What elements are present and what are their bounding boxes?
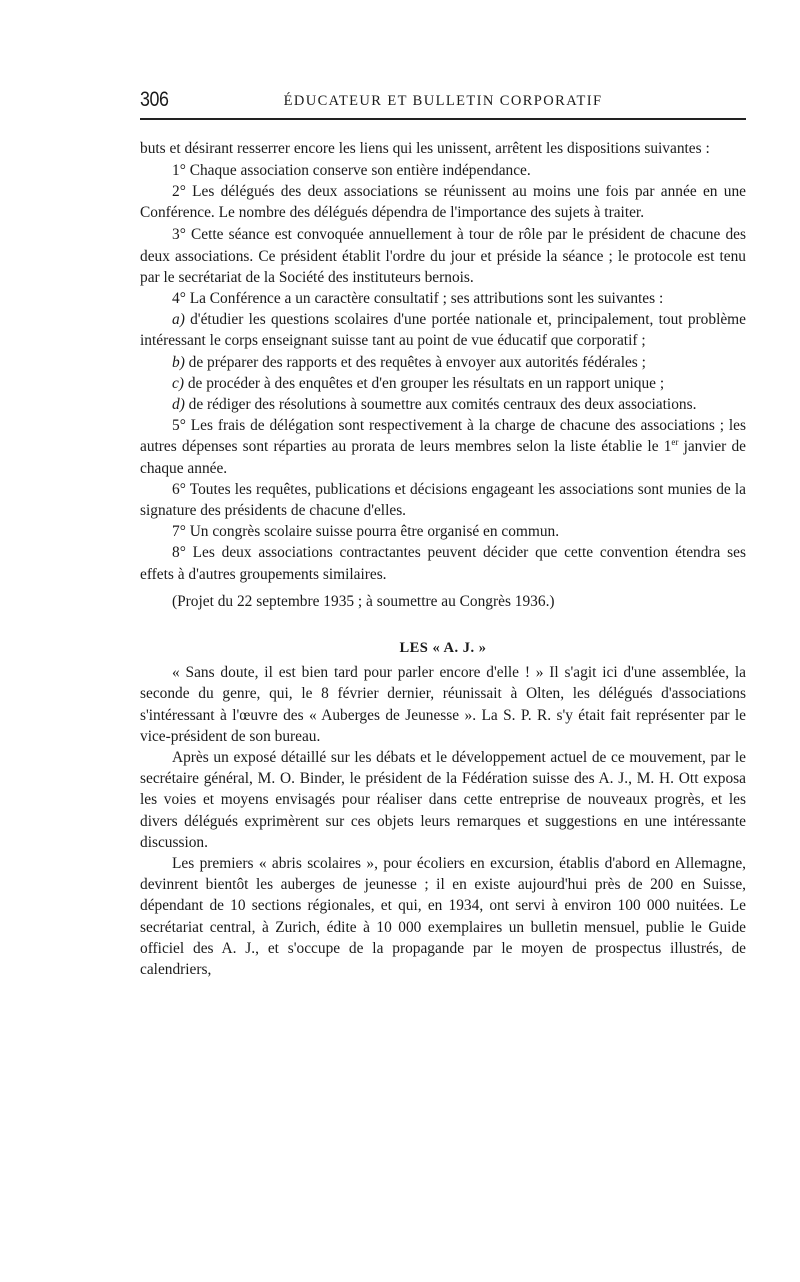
section-paragraph-2: Après un exposé détaillé sur les débats … <box>140 747 746 853</box>
section-paragraph-1: « Sans doute, il est bien tard pour parl… <box>140 662 746 747</box>
article-2: 2° Les délégués des deux associations se… <box>140 181 746 223</box>
item-text-d: de rédiger des résolutions à soumettre a… <box>185 396 697 413</box>
document-page: 306 ÉDUCATEUR ET BULLETIN CORPORATIF but… <box>140 88 746 980</box>
page-header: 306 ÉDUCATEUR ET BULLETIN CORPORATIF <box>140 88 746 118</box>
article-4: 4° La Conférence a un caractère consulta… <box>140 288 746 309</box>
item-label-a: a) <box>172 311 185 328</box>
article-4b: b) de préparer des rapports et des requê… <box>140 352 746 373</box>
document-body: buts et désirant resserrer encore les li… <box>140 138 746 981</box>
section-paragraph-3: Les premiers « abris scolaires », pour é… <box>140 853 746 980</box>
article-4d: d) de rédiger des résolutions à soumettr… <box>140 394 746 415</box>
article-5-text: 5° Les frais de délégation sont respecti… <box>140 417 746 455</box>
article-6: 6° Toutes les requêtes, publications et … <box>140 479 746 521</box>
header-rule <box>140 118 746 120</box>
article-5: 5° Les frais de délégation sont respecti… <box>140 415 746 479</box>
item-text-b: de préparer des rapports et des requêtes… <box>185 354 646 371</box>
article-4c: c) de procéder à des enquêtes et d'en gr… <box>140 373 746 394</box>
article-8: 8° Les deux associations contractantes p… <box>140 542 746 584</box>
item-label-b: b) <box>172 354 185 371</box>
section-title: LES « A. J. » <box>140 638 746 659</box>
item-text-c: de procéder à des enquêtes et d'en group… <box>184 375 664 392</box>
item-label-d: d) <box>172 396 185 413</box>
running-title: ÉDUCATEUR ET BULLETIN CORPORATIF <box>140 93 746 110</box>
article-7: 7° Un congrès scolaire suisse pourra êtr… <box>140 521 746 542</box>
project-note: (Projet du 22 septembre 1935 ; à soumett… <box>140 591 746 612</box>
article-3: 3° Cette séance est convoquée annuelleme… <box>140 224 746 288</box>
item-text-a: d'étudier les questions scolaires d'une … <box>140 311 746 349</box>
article-1: 1° Chaque association conserve son entiè… <box>140 160 746 181</box>
article-4a: a) d'étudier les questions scolaires d'u… <box>140 309 746 351</box>
item-label-c: c) <box>172 375 184 392</box>
paragraph-continuation: buts et désirant resserrer encore les li… <box>140 138 746 159</box>
